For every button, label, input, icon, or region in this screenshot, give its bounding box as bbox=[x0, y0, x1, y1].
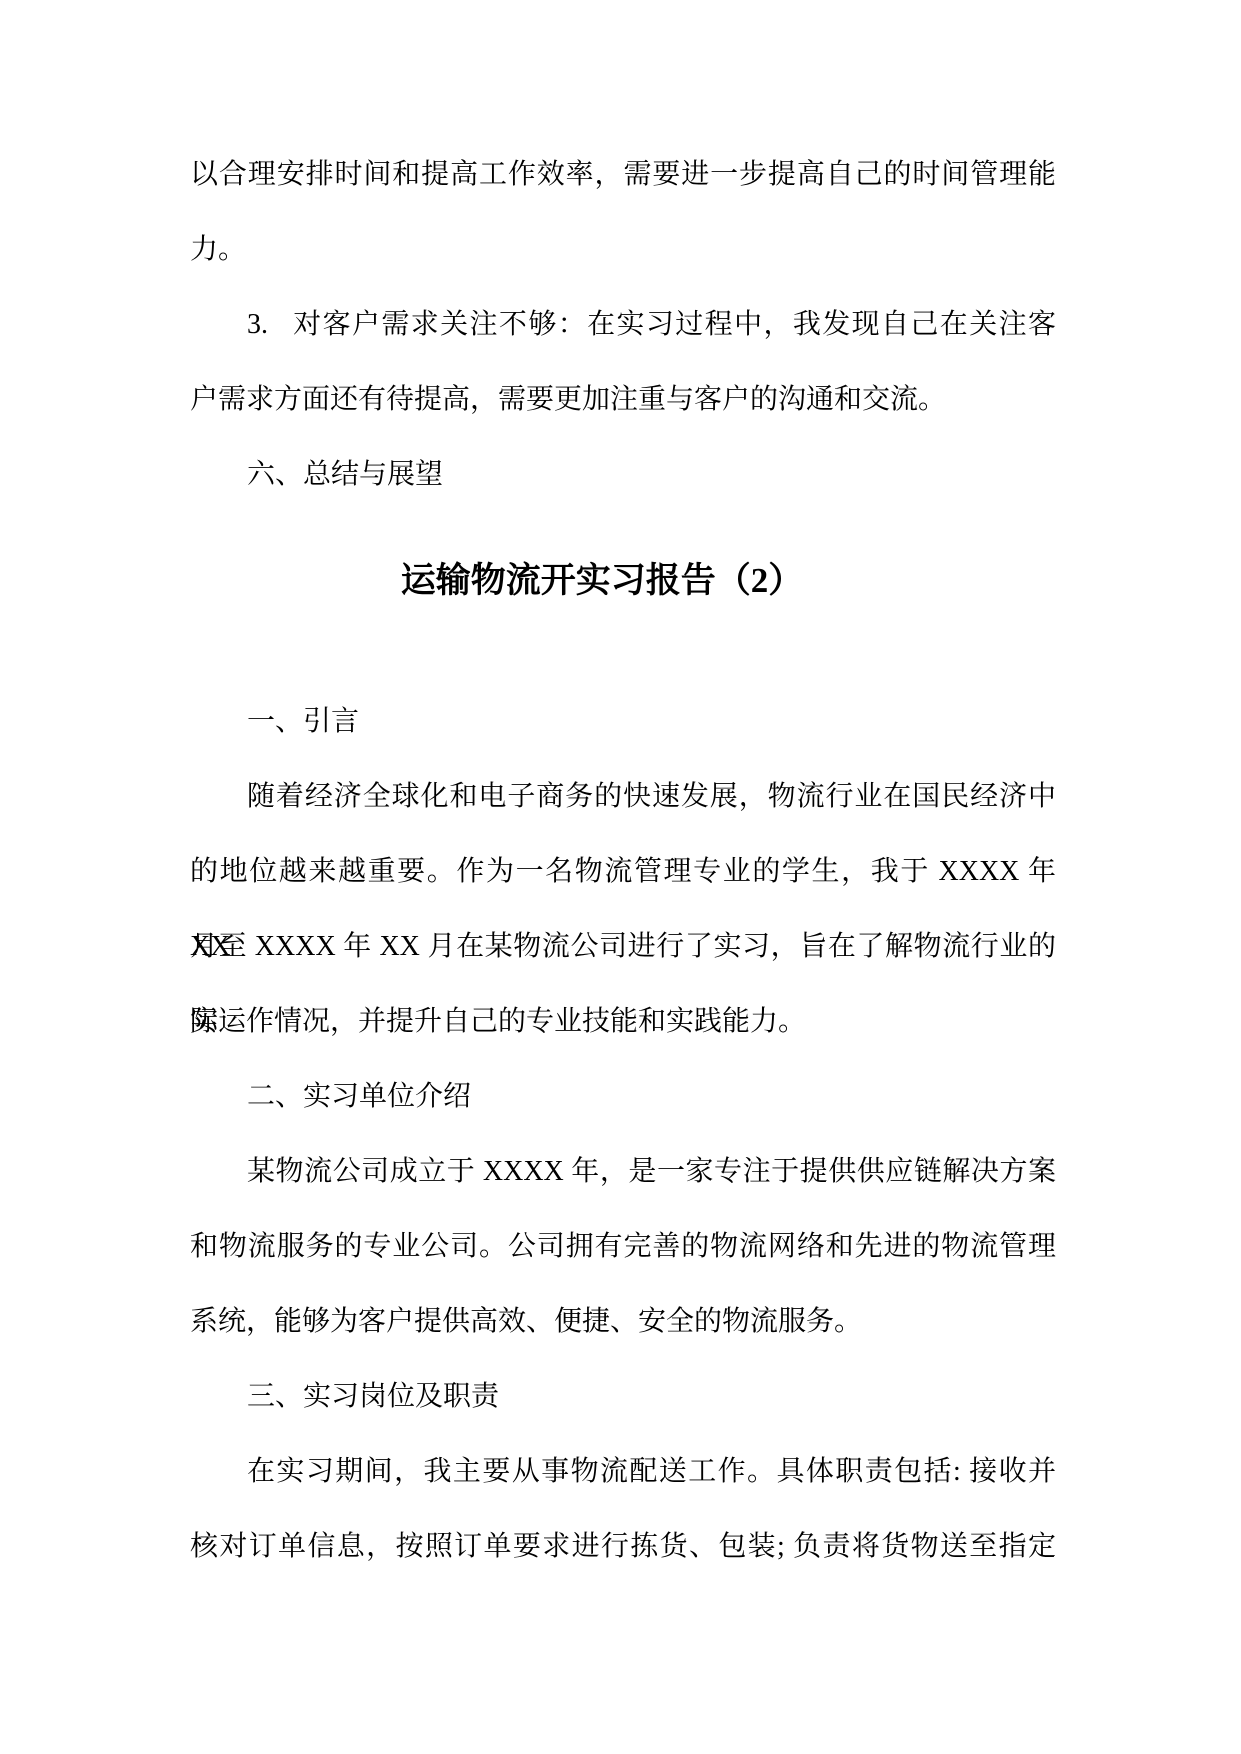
body-text-line: 际运作情况，并提升自己的专业技能和实践能力。 bbox=[190, 984, 1056, 1059]
body-text-line: 核对订单信息，按照订单要求进行拣货、包装; 负责将货物送至指定 bbox=[190, 1509, 1056, 1584]
body-text-line: 随着经济全球化和电子商务的快速发展，物流行业在国民经济中 bbox=[190, 759, 1056, 834]
document-page: 以合理安排时间和提高工作效率，需要进一步提高自己的时间管理能 力。 3. 对客户… bbox=[0, 0, 1241, 1754]
body-text-line: 某物流公司成立于 XXXX 年，是一家专注于提供供应链解决方案 bbox=[190, 1134, 1056, 1209]
numbered-item-line: 3. 对客户需求关注不够：在实习过程中，我发现自己在关注客 bbox=[190, 287, 1056, 362]
body-text-line: 系统，能够为客户提供高效、便捷、安全的物流服务。 bbox=[190, 1284, 1056, 1359]
body-text-line: 在实习期间，我主要从事物流配送工作。具体职责包括: 接收并 bbox=[190, 1434, 1056, 1509]
report-title: 运输物流开实习报告（2） bbox=[169, 536, 1035, 626]
body-text-line: 和物流服务的专业公司。公司拥有完善的物流网络和先进的物流管理 bbox=[190, 1209, 1056, 1284]
section-heading-introduction: 一、引言 bbox=[190, 684, 1056, 759]
body-text-line: 月至 XXXX 年 XX 月在某物流公司进行了实习，旨在了解物流行业的实 bbox=[190, 909, 1056, 984]
section-heading-position-duties: 三、实习岗位及职责 bbox=[190, 1359, 1056, 1434]
body-text-line: 力。 bbox=[190, 212, 1056, 287]
body-text-line: 以合理安排时间和提高工作效率，需要进一步提高自己的时间管理能 bbox=[190, 137, 1056, 212]
section-heading-summary-outlook: 六、总结与展望 bbox=[190, 437, 1056, 512]
document-content: 以合理安排时间和提高工作效率，需要进一步提高自己的时间管理能 力。 3. 对客户… bbox=[190, 137, 1056, 1584]
body-text-line: 的地位越来越重要。作为一名物流管理专业的学生，我于 XXXX 年 XX bbox=[190, 834, 1056, 909]
section-heading-company-introduction: 二、实习单位介绍 bbox=[190, 1059, 1056, 1134]
body-text-line: 户需求方面还有待提高，需要更加注重与客户的沟通和交流。 bbox=[190, 362, 1056, 437]
